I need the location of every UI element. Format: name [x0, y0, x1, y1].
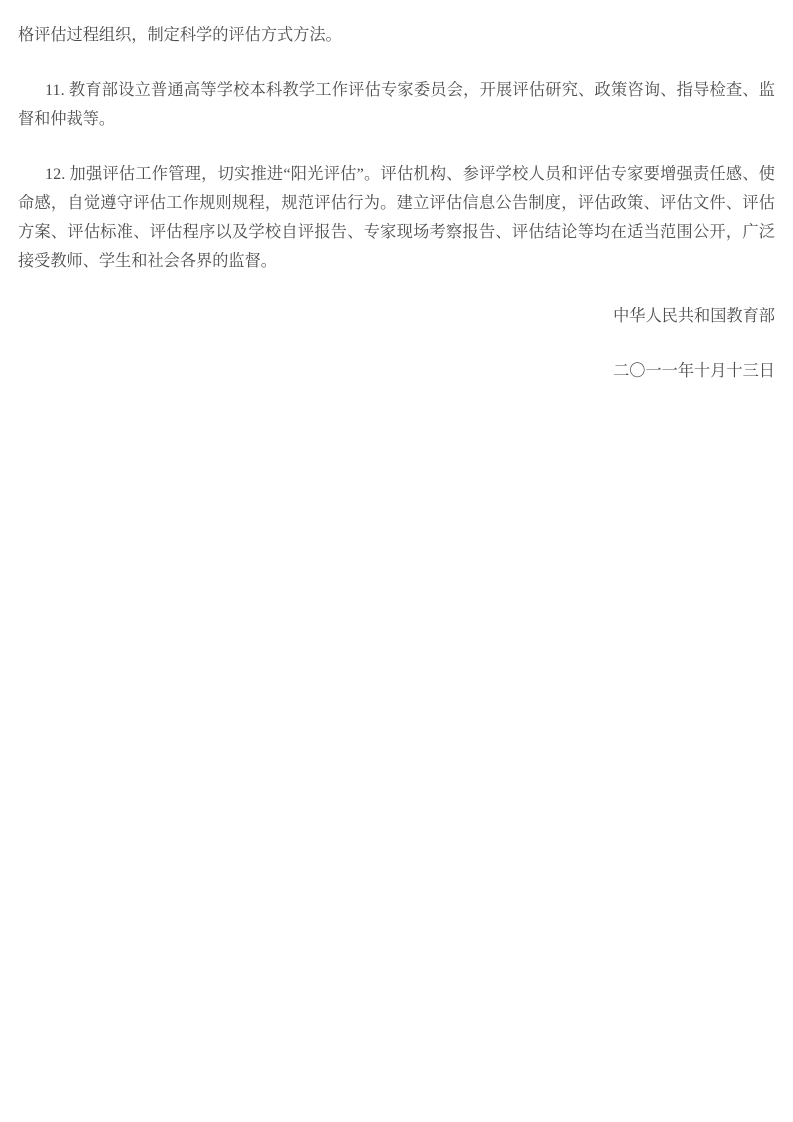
- signature-date: 二〇一一年十月十三日: [18, 357, 775, 386]
- document-page: 格评估过程组织，制定科学的评估方式方法。 11. 教育部设立普通高等学校本科教学…: [0, 0, 793, 1122]
- paragraph-item-12: 12. 加强评估工作管理，切实推进“阳光评估”。评估机构、参评学校人员和评估专家…: [18, 160, 775, 276]
- signature-issuer: 中华人民共和国教育部: [18, 302, 775, 331]
- paragraph-continuation: 格评估过程组织，制定科学的评估方式方法。: [18, 21, 775, 50]
- paragraph-item-11: 11. 教育部设立普通高等学校本科教学工作评估专家委员会，开展评估研究、政策咨询…: [18, 76, 775, 134]
